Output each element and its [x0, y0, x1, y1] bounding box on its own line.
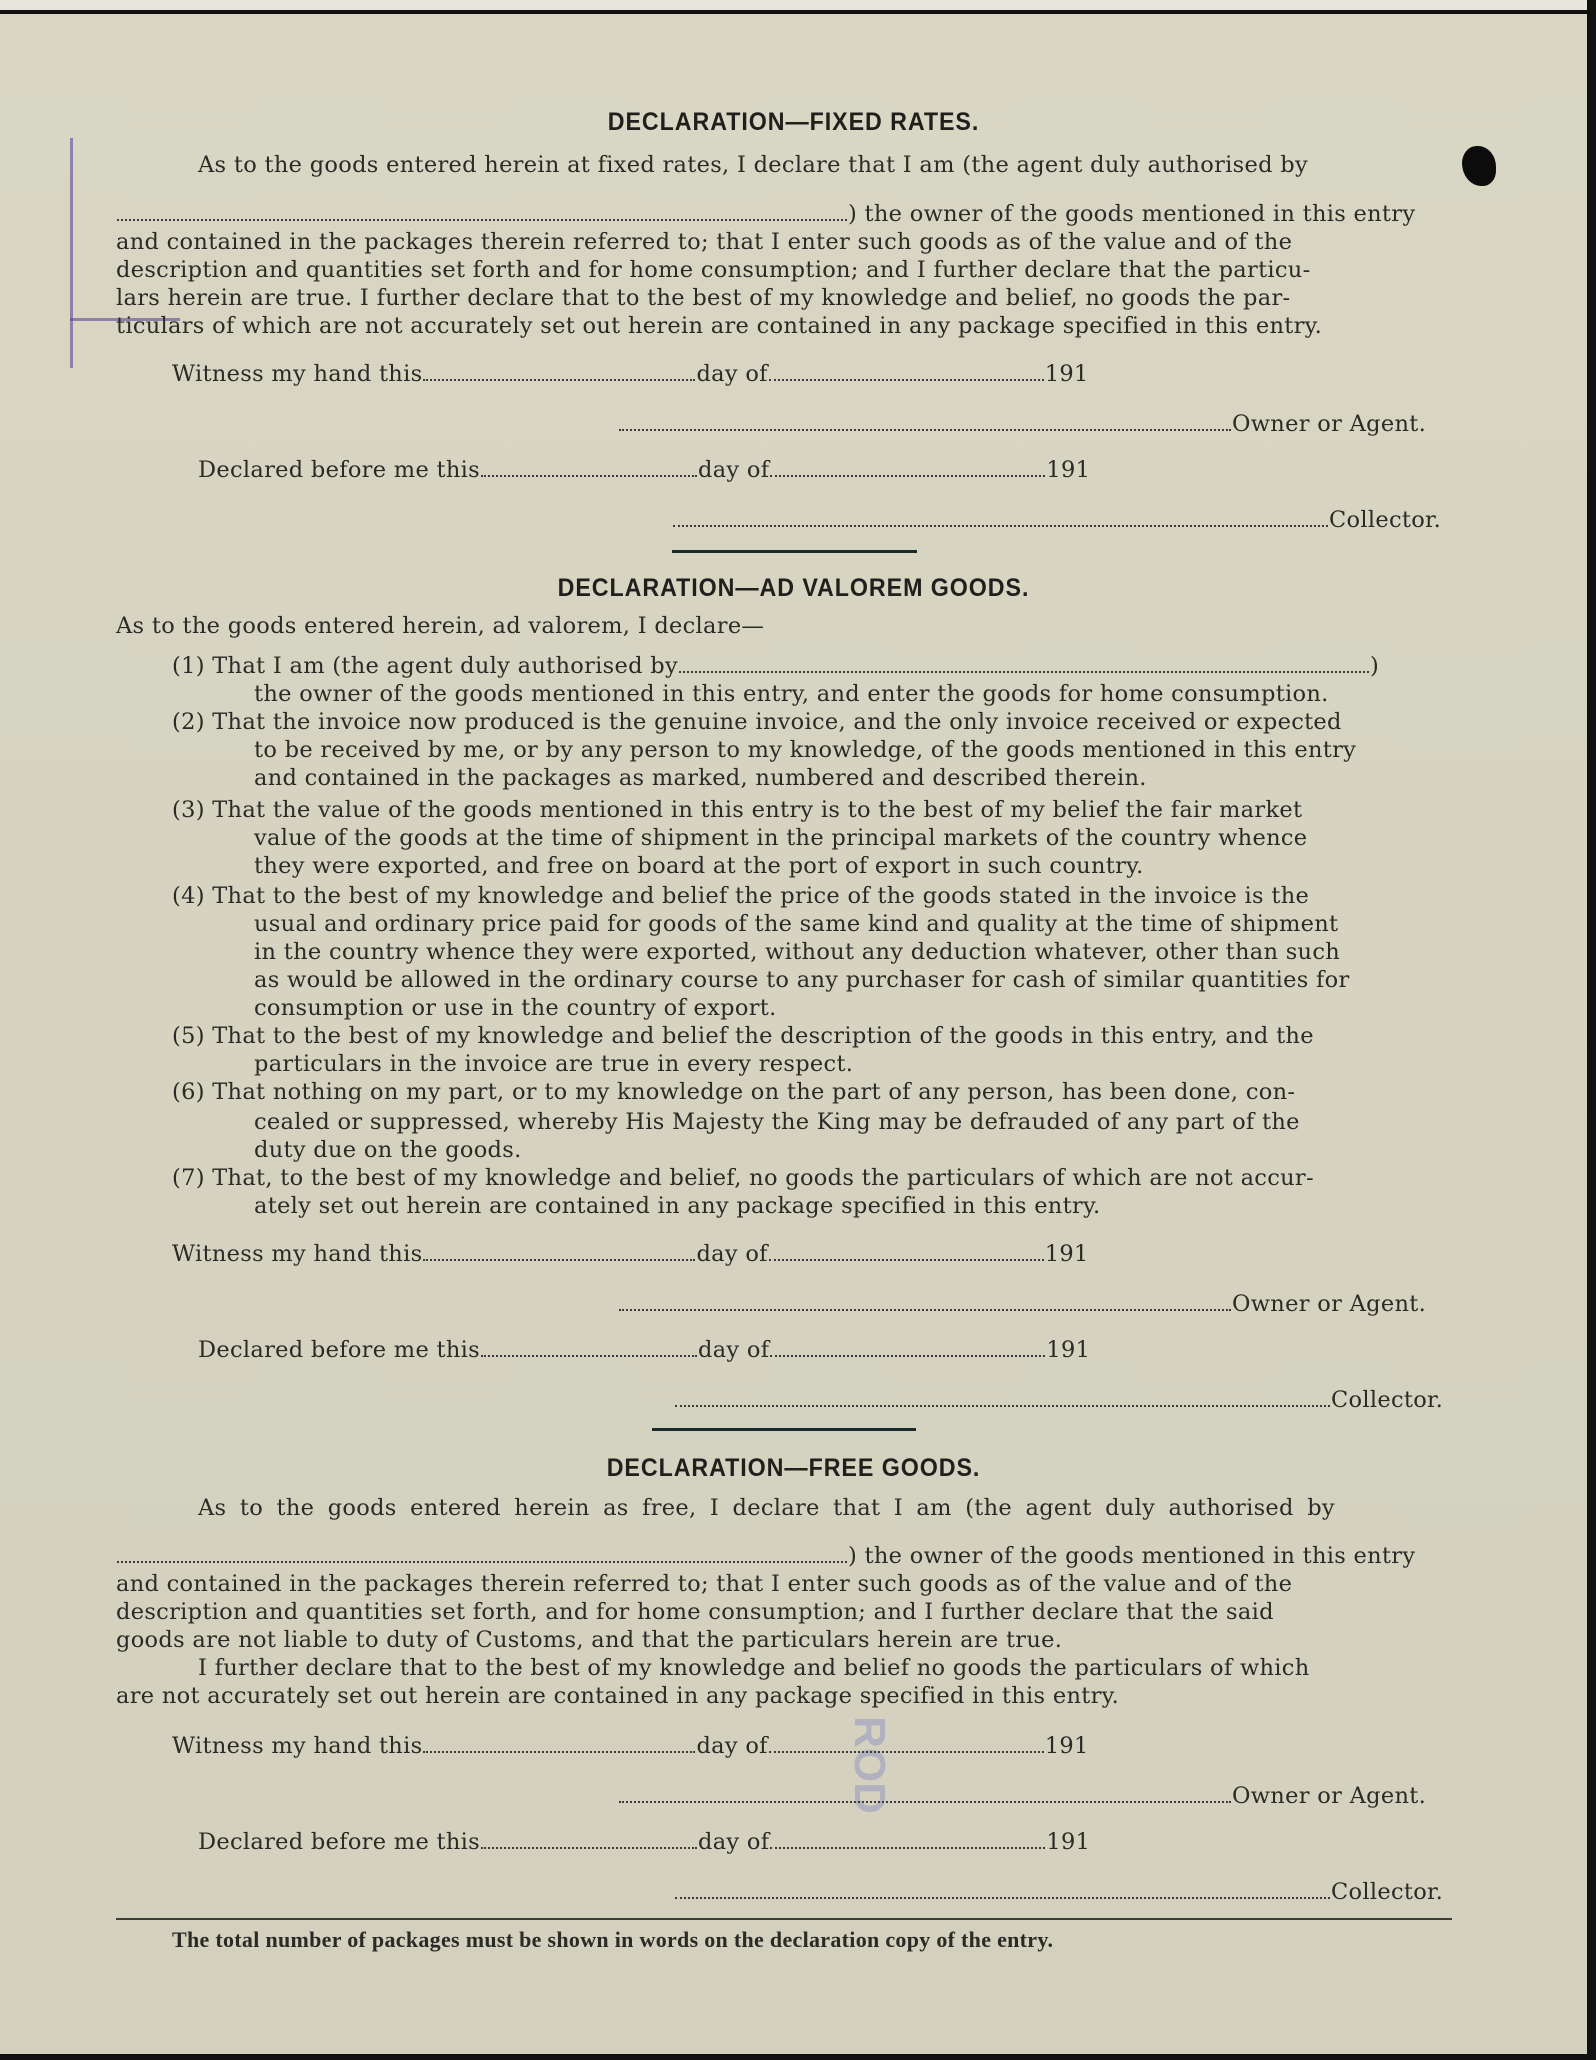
free-goods-line-6: I further declare that to the best of my…: [198, 1654, 1310, 1682]
fixed-rates-witness-row: Witness my hand thisday of191: [172, 360, 1089, 388]
ad-valorem-authoriser-field[interactable]: [679, 670, 1369, 673]
scan-right-edge: [1587, 0, 1596, 2060]
fixed-rates-declared-row: Declared before me thisday of191: [198, 456, 1090, 484]
declared-day-field[interactable]: [481, 1846, 697, 1849]
item-text: That the value of the goods mentioned in…: [212, 797, 1302, 823]
item-number: (2): [172, 709, 205, 735]
heading-fixed-rates: DECLARATION—FIXED RATES.: [56, 108, 1532, 137]
year-prefix: 191: [1045, 361, 1089, 387]
footer-note: The total number of packages must be sho…: [172, 1926, 1053, 1954]
item-number: (3): [172, 797, 205, 823]
declared-month-field[interactable]: [770, 1846, 1045, 1849]
free-goods-witness-row: Witness my hand thisday of191: [172, 1732, 1089, 1760]
declared-month-field[interactable]: [770, 474, 1045, 477]
declared-label: Declared before me this: [198, 1829, 480, 1855]
free-goods-line-7: are not accurately set out herein are co…: [116, 1682, 1119, 1710]
item-number: (4): [172, 883, 205, 909]
fixed-rates-line-6: ticulars of which are not accurately set…: [116, 312, 1322, 340]
owner-signature-field[interactable]: [619, 1308, 1231, 1311]
fixed-rates-authoriser-field[interactable]: ) the owner of the goods mentioned in th…: [116, 200, 1415, 228]
free-goods-owner-row: Owner or Agent.: [618, 1782, 1426, 1810]
owner-label: Owner or Agent.: [1232, 1783, 1426, 1809]
section-divider: [672, 550, 917, 553]
free-goods-collector-row: Collector.: [674, 1878, 1443, 1906]
declared-label: Declared before me this: [198, 457, 480, 483]
free-goods-authoriser-field[interactable]: [117, 1560, 847, 1563]
witness-month-field[interactable]: [769, 1750, 1044, 1753]
day-of-label: day of: [698, 1829, 769, 1855]
witness-month-field[interactable]: [769, 378, 1044, 381]
witness-day-field[interactable]: [423, 1750, 695, 1753]
item-number: (7): [172, 1165, 205, 1191]
owner-label: Owner or Agent.: [1232, 411, 1426, 437]
ad-valorem-item-2: (2) That the invoice now produced is the…: [172, 708, 1342, 736]
free-goods-line-4: description and quantities set forth, an…: [116, 1598, 1274, 1626]
year-prefix: 191: [1046, 457, 1090, 483]
ad-valorem-item-5-line-2: particulars in the invoice are true in e…: [254, 1050, 853, 1078]
declared-day-field[interactable]: [481, 1354, 697, 1357]
ad-valorem-collector-row: Collector.: [674, 1386, 1443, 1414]
day-of-label: day of: [696, 1241, 767, 1267]
declared-label: Declared before me this: [198, 1337, 480, 1363]
day-of-label: day of: [696, 361, 767, 387]
fixed-rates-line-1: As to the goods entered herein at fixed …: [198, 151, 1308, 179]
ad-valorem-item-3-line-3: they were exported, and free on board at…: [254, 852, 1144, 880]
scan-bottom-edge: [0, 2054, 1596, 2060]
authoriser-blank[interactable]: [117, 218, 847, 221]
ad-valorem-item-4: (4) That to the best of my knowledge and…: [172, 882, 1309, 910]
item-text: That I am (the agent duly authorised by: [212, 653, 678, 679]
fixed-rates-line-3: and contained in the packages therein re…: [116, 228, 1292, 256]
owner-signature-field[interactable]: [619, 1800, 1231, 1803]
ad-valorem-item-4-line-2: usual and ordinary price paid for goods …: [254, 910, 1338, 938]
collector-signature-field[interactable]: [673, 524, 1328, 527]
day-of-label: day of: [698, 1337, 769, 1363]
free-goods-line-3: and contained in the packages therein re…: [116, 1570, 1292, 1598]
witness-label: Witness my hand this: [172, 1241, 422, 1267]
witness-label: Witness my hand this: [172, 1733, 422, 1759]
item-text: That to the best of my knowledge and bel…: [212, 883, 1309, 909]
ad-valorem-item-4-line-3: in the country whence they were exported…: [254, 938, 1340, 966]
item-number: (1): [172, 653, 205, 679]
collector-label: Collector.: [1331, 1879, 1443, 1905]
ad-valorem-item-5: (5) That to the best of my knowledge and…: [172, 1022, 1314, 1050]
ad-valorem-witness-row: Witness my hand thisday of191: [172, 1240, 1089, 1268]
pen-margin-mark: [70, 138, 73, 368]
ad-valorem-owner-row: Owner or Agent.: [618, 1290, 1426, 1318]
item-text: That the invoice now produced is the gen…: [212, 709, 1342, 735]
free-goods-line-5: goods are not liable to duty of Customs,…: [116, 1626, 1062, 1654]
day-of-label: day of: [696, 1733, 767, 1759]
ad-valorem-item-6-line-3: duty due on the goods.: [254, 1136, 522, 1164]
collector-signature-field[interactable]: [675, 1404, 1330, 1407]
item-number: (6): [172, 1079, 205, 1105]
section-divider: [652, 1428, 916, 1431]
declared-month-field[interactable]: [770, 1354, 1045, 1357]
year-prefix: 191: [1045, 1733, 1089, 1759]
ad-valorem-item-4-line-5: consumption or use in the country of exp…: [254, 994, 777, 1022]
year-prefix: 191: [1045, 1241, 1089, 1267]
ad-valorem-item-3: (3) That the value of the goods mentione…: [172, 796, 1302, 824]
fixed-rates-collector-row: Collector.: [672, 506, 1441, 534]
fixed-rates-owner-row: Owner or Agent.: [618, 410, 1426, 438]
fixed-rates-line-5: lars herein are true. I further declare …: [116, 284, 1290, 312]
heading-free-goods: DECLARATION—FREE GOODS.: [56, 1454, 1532, 1483]
ad-valorem-item-7-line-2: ately set out herein are contained in an…: [254, 1192, 1100, 1220]
year-prefix: 191: [1046, 1337, 1090, 1363]
ad-valorem-item-6: (6) That nothing on my part, or to my kn…: [172, 1078, 1295, 1106]
ad-valorem-item-1: (1) That I am (the agent duly authorised…: [172, 652, 1379, 680]
collector-signature-field[interactable]: [675, 1896, 1330, 1899]
witness-month-field[interactable]: [769, 1258, 1044, 1261]
ad-valorem-intro: As to the goods entered herein, ad valor…: [116, 612, 764, 640]
ad-valorem-item-2-line-2: to be received by me, or by any person t…: [254, 736, 1356, 764]
witness-label: Witness my hand this: [172, 361, 422, 387]
item-text: That to the best of my knowledge and bel…: [212, 1023, 1314, 1049]
fixed-rates-line-4: description and quantities set forth and…: [116, 256, 1311, 284]
declared-day-field[interactable]: [481, 474, 697, 477]
ad-valorem-item-7: (7) That, to the best of my knowledge an…: [172, 1164, 1314, 1192]
ad-valorem-declared-row: Declared before me thisday of191: [198, 1336, 1090, 1364]
owner-label: Owner or Agent.: [1232, 1291, 1426, 1317]
year-prefix: 191: [1046, 1829, 1090, 1855]
free-goods-declared-row: Declared before me thisday of191: [198, 1828, 1090, 1856]
item-text: That nothing on my part, or to my knowle…: [212, 1079, 1295, 1105]
ad-valorem-item-2-line-3: and contained in the packages as marked,…: [254, 764, 1147, 792]
owner-signature-field[interactable]: [619, 428, 1231, 431]
heading-ad-valorem: DECLARATION—AD VALOREM GOODS.: [56, 574, 1532, 603]
ad-valorem-item-1-line-2: the owner of the goods mentioned in this…: [254, 680, 1329, 708]
collector-label: Collector.: [1329, 507, 1441, 533]
day-of-label: day of: [698, 457, 769, 483]
free-goods-line-1: As to the goods entered herein as free, …: [198, 1494, 1335, 1522]
witness-day-field[interactable]: [423, 378, 695, 381]
ad-valorem-item-4-line-4: as would be allowed in the ordinary cour…: [254, 966, 1350, 994]
ad-valorem-item-3-line-2: value of the goods at the time of shipme…: [254, 824, 1307, 852]
free-goods-authoriser-row: ) the owner of the goods mentioned in th…: [116, 1542, 1415, 1570]
ad-valorem-item-6-line-2: cealed or suppressed, whereby His Majest…: [254, 1108, 1300, 1136]
collector-label: Collector.: [1331, 1387, 1443, 1413]
scan-top-edge: [0, 0, 1596, 10]
item-text: That, to the best of my knowledge and be…: [212, 1165, 1314, 1191]
free-goods-line-2: ) the owner of the goods mentioned in th…: [848, 1543, 1415, 1569]
witness-day-field[interactable]: [423, 1258, 695, 1261]
item-number: (5): [172, 1023, 205, 1049]
fixed-rates-line-2: ) the owner of the goods mentioned in th…: [848, 201, 1415, 227]
footer-divider: [116, 1918, 1452, 1920]
